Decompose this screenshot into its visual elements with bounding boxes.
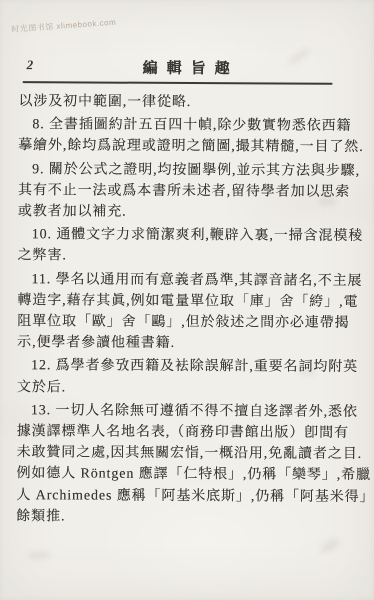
text-line: 示,便學者參讀他種書籍. <box>17 332 331 355</box>
text-line: 人 Archimedes 應稱「阿基米底斯」,仍稱「阿基米得」, <box>16 485 330 508</box>
text-line: 轉造字,藉存其眞,例如電量單位取「庫」舍「絝」,電 <box>17 290 331 313</box>
text-line: 例如德人 Röntgen 應譯「仁特根」,仍稱「欒琴」,希臘 <box>16 464 330 487</box>
text-line: 或教者加以補充. <box>18 201 332 224</box>
header-rule <box>23 81 333 85</box>
text-line: 10. 通體文字力求簡潔爽利,鞭辟入裏,一掃含混模稜 <box>18 224 332 247</box>
body-text: 以涉及初中範圍,一律從略.8. 全書插圖約計五百四十幀,除少數實物悉依西籍摹繪外… <box>16 91 332 529</box>
text-line: 其有不止一法或爲本書所未述者,留待學者加以思索 <box>18 180 332 203</box>
text-line: 阻單位取「歐」舍「鷗」,但於敍述之間亦必連帶揭 <box>17 311 331 334</box>
page-header: 2 編輯旨趣 <box>0 56 374 78</box>
text-line: 之弊害. <box>18 246 332 269</box>
text-line: 據漢譯標準人名地名表,（商務印書館出版）卽間有 <box>17 421 331 444</box>
scan-smudge <box>27 551 51 559</box>
text-line: 8. 全書插圖約計五百四十幀,除少數實物悉依西籍 <box>18 114 332 137</box>
text-line: 以涉及初中範圍,一律從略. <box>18 91 332 114</box>
text-line: 11. 學名以通用而有意義者爲準,其譯音諸名,不主展 <box>17 269 331 292</box>
page-content: 2 編輯旨趣 以涉及初中範圍,一律從略.8. 全書插圖約計五百四十幀,除少數實物… <box>0 0 374 600</box>
text-line: 餘類推. <box>16 506 330 529</box>
scanned-book-page: 时光图书馆 xlimebook.com 2 編輯旨趣 以涉及初中範圍,一律從略.… <box>0 0 374 600</box>
page-number: 2 <box>27 57 34 73</box>
running-title: 編輯旨趣 <box>143 57 239 79</box>
scan-smudge <box>318 536 342 556</box>
text-line: 未敢贊同之處,因其無關宏恉,一概沿用,免亂讀者之目. <box>17 442 331 465</box>
text-line: 文於后. <box>17 377 331 400</box>
text-line: 12. 爲學者參攷西籍及袪除誤解計,重要名詞均附英 <box>17 356 331 379</box>
text-line: 13. 一切人名除無可遵循不得不擅自迻譯者外,悉依 <box>17 400 331 423</box>
text-line: 摹繪外,餘均爲說理或證明之簡圖,撮其精髓,一目了然. <box>18 136 332 159</box>
text-line: 9. 關於公式之證明,均按圖擧例,並示其方法與步驟, <box>18 159 332 182</box>
